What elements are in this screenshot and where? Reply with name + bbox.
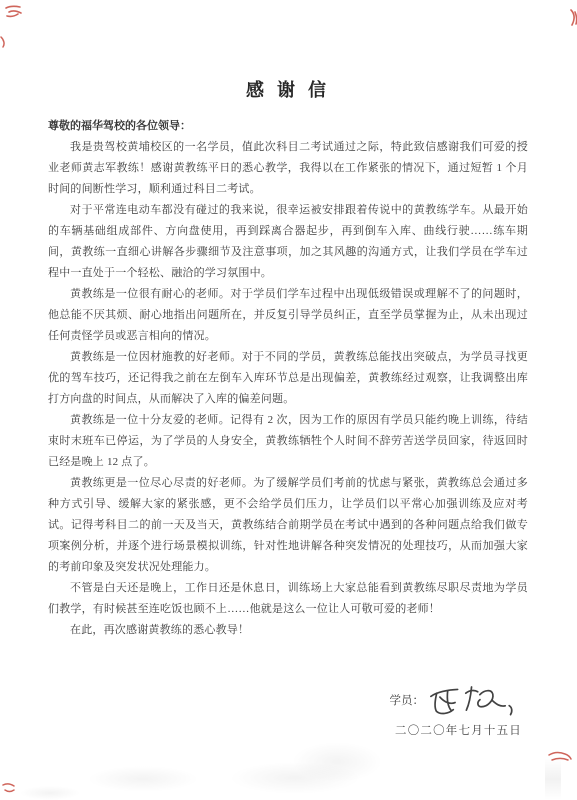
scan-streak [545, 758, 561, 800]
letter-paragraph: 黄教练是一位因材施教的好老师。对于不同的学员，黄教练总能找出突破点，为学员寻找更… [48, 347, 528, 410]
red-ink-mark [548, 749, 572, 763]
red-ink-mark [568, 9, 577, 26]
red-ink-mark [4, 4, 23, 19]
handwritten-signature [427, 682, 514, 719]
scan-smudge [20, 786, 80, 800]
letter-paragraph: 不管是白天还是晚上，工作日还是休息日，训练场上大家总能看到黄教练尽职尽责地为学员… [48, 578, 528, 620]
scan-smudge [292, 742, 382, 782]
letter-paragraph: 黄教练是一位很有耐心的老师。对于学员们学车过程中出现低级错误或理解不了的问题时，… [48, 284, 528, 347]
scan-smudge [88, 766, 198, 792]
signoff-label: 学员： [390, 695, 425, 707]
letter-paragraph: 我是贵驾校黄埔校区的一名学员，值此次科目二考试通过之际，特此致信感谢我们可爱的授… [48, 137, 528, 200]
letter-paragraph: 对于平常连电动车都没有碰过的我来说，很幸运被安排跟着传说中的黄教练学车。从最开始… [48, 200, 528, 284]
letter-title: 感 谢 信 [48, 76, 528, 102]
signoff-row: 学员： [48, 683, 528, 717]
letter-paragraph: 黄教练更是一位尽心尽责的好老师。为了缓解学员们考前的忧虑与紧张，黄教练总会通过多… [48, 473, 528, 578]
scanned-letter-page: 感 谢 信 尊敬的福华驾校的各位领导： 我是贵驾校黄埔校区的一名学员，值此次科目… [0, 0, 577, 800]
letter-paragraph: 黄教练是一位十分友爱的老师。记得有 2 次，因为工作的原因有学员只能约晚上训练，… [48, 410, 528, 473]
letter-date: 二〇二〇年七月十五日 [48, 722, 528, 738]
letter-body: 感 谢 信 尊敬的福华驾校的各位领导： 我是贵驾校黄埔校区的一名学员，值此次科目… [48, 76, 528, 738]
red-ink-mark [0, 36, 7, 48]
scan-smudge [230, 762, 360, 794]
letter-salutation: 尊敬的福华驾校的各位领导： [48, 116, 528, 137]
letter-paragraph: 在此，再次感谢黄教练的悉心教导！ [48, 620, 528, 641]
red-ink-mark [2, 782, 16, 795]
